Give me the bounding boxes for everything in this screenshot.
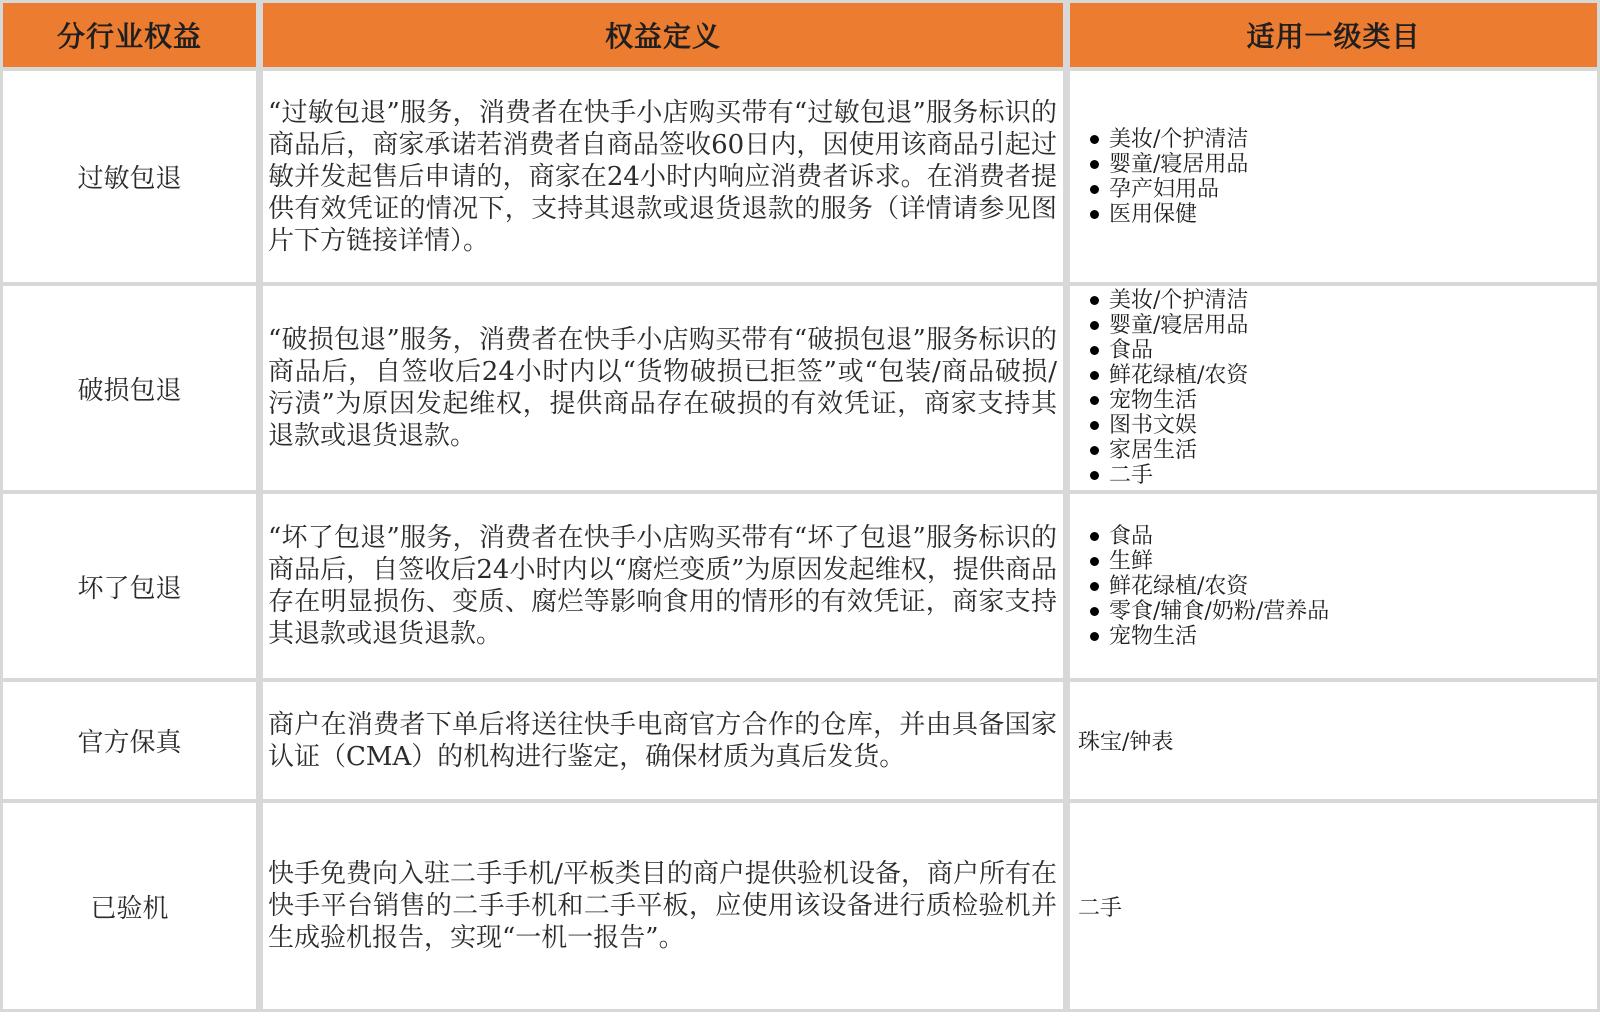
row-1-benefit-name: 过敏包退 <box>77 158 181 195</box>
header-label-applicable-categories: 适用一级类目 <box>1246 15 1420 55</box>
category-label: 家居生活 <box>1109 438 1197 463</box>
category-list-item: 宠物生活 <box>1090 624 1329 649</box>
row-4-benefit-name: 官方保真 <box>77 722 181 759</box>
category-list-item: 鲜花绿植/农资 <box>1090 363 1248 388</box>
row-4-definition-text: 商户在消费者下单后将送往快手电商官方合作的仓库，并由具备国家认证（CMA）的机构… <box>268 709 1057 773</box>
category-label: 珠宝/钟表 <box>1078 725 1173 756</box>
category-label: 美妆/个护清洁 <box>1109 288 1248 313</box>
category-list-item: 二手 <box>1090 463 1248 488</box>
row-3-benefit-name: 坏了包退 <box>77 568 181 605</box>
category-label: 鲜花绿植/农资 <box>1109 363 1248 388</box>
row-2-definition-cell: “破损包退”服务，消费者在快手小店购买带有“破损包退”服务标识的商品后，自签收后… <box>263 286 1063 490</box>
bullet-icon <box>1090 371 1099 380</box>
category-label: 美妆/个护清洁 <box>1109 127 1248 152</box>
category-list-item: 生鲜 <box>1090 549 1329 574</box>
category-label: 零食/辅食/奶粉/营养品 <box>1109 599 1329 624</box>
category-list-item: 食品 <box>1090 338 1248 363</box>
category-list-item: 图书文娱 <box>1090 413 1248 438</box>
category-list-item: 鲜花绿植/农资 <box>1090 574 1329 599</box>
row-2-benefit-name: 破损包退 <box>77 370 181 407</box>
row-2-benefit-name-cell: 破损包退 <box>3 286 256 490</box>
row-5-benefit-name-cell: 已验机 <box>3 803 256 1009</box>
header-cell-benefit-definition: 权益定义 <box>263 3 1063 67</box>
bullet-icon <box>1090 582 1099 591</box>
row-5-definition-cell: 快手免费向入驻二手手机/平板类目的商户提供验机设备，商户所有在快手平台销售的二手… <box>263 803 1063 1009</box>
header-cell-applicable-categories: 适用一级类目 <box>1070 3 1597 67</box>
row-5-categories-cell: 二手 <box>1070 803 1597 1009</box>
category-label: 二手 <box>1078 891 1122 922</box>
category-label: 二手 <box>1109 463 1153 488</box>
row-1-category-list: 美妆/个护清洁 婴童/寝居用品 孕产妇用品 医用保健 <box>1078 127 1248 227</box>
header-label-benefit-definition: 权益定义 <box>605 15 721 55</box>
industry-benefits-table: 分行业权益 权益定义 适用一级类目 过敏包退 “过敏包退”服务，消费者在快手小店… <box>0 0 1600 1012</box>
row-5-benefit-name: 已验机 <box>90 888 168 925</box>
row-2-definition-text: “破损包退”服务，消费者在快手小店购买带有“破损包退”服务标识的商品后，自签收后… <box>268 324 1057 452</box>
row-1-definition-cell: “过敏包退”服务，消费者在快手小店购买带有“过敏包退”服务标识的商品后，商家承诺… <box>263 71 1063 282</box>
row-4-definition-cell: 商户在消费者下单后将送往快手电商官方合作的仓库，并由具备国家认证（CMA）的机构… <box>263 682 1063 799</box>
row-1-categories-cell: 美妆/个护清洁 婴童/寝居用品 孕产妇用品 医用保健 <box>1070 71 1597 282</box>
row-2-category-list: 美妆/个护清洁 婴童/寝居用品 食品 鲜花绿植/农资 宠物生活 图书文娱 家居生… <box>1078 288 1248 488</box>
category-label: 婴童/寝居用品 <box>1109 152 1248 177</box>
bullet-icon <box>1090 632 1099 641</box>
row-1-benefit-name-cell: 过敏包退 <box>3 71 256 282</box>
bullet-icon <box>1090 346 1099 355</box>
category-label: 鲜花绿植/农资 <box>1109 574 1248 599</box>
row-5-definition-text: 快手免费向入驻二手手机/平板类目的商户提供验机设备，商户所有在快手平台销售的二手… <box>268 858 1057 954</box>
row-3-categories-cell: 食品 生鲜 鲜花绿植/农资 零食/辅食/奶粉/营养品 宠物生活 <box>1070 494 1597 678</box>
row-3-category-list: 食品 生鲜 鲜花绿植/农资 零食/辅食/奶粉/营养品 宠物生活 <box>1078 524 1329 649</box>
bullet-icon <box>1090 160 1099 169</box>
bullet-icon <box>1090 135 1099 144</box>
category-label: 医用保健 <box>1109 202 1197 227</box>
category-list-item: 家居生活 <box>1090 438 1248 463</box>
category-label: 食品 <box>1109 524 1153 549</box>
category-list-item: 美妆/个护清洁 <box>1090 288 1248 313</box>
category-list-item: 孕产妇用品 <box>1090 177 1248 202</box>
row-3-definition-text: “坏了包退”服务，消费者在快手小店购买带有“坏了包退”服务标识的商品后，自签收后… <box>268 522 1057 650</box>
category-label: 孕产妇用品 <box>1109 177 1219 202</box>
category-list-item: 食品 <box>1090 524 1329 549</box>
category-label: 婴童/寝居用品 <box>1109 313 1248 338</box>
bullet-icon <box>1090 210 1099 219</box>
header-cell-industry-benefit: 分行业权益 <box>3 3 256 67</box>
header-label-industry-benefit: 分行业权益 <box>57 15 202 55</box>
category-list-item: 美妆/个护清洁 <box>1090 127 1248 152</box>
row-3-definition-cell: “坏了包退”服务，消费者在快手小店购买带有“坏了包退”服务标识的商品后，自签收后… <box>263 494 1063 678</box>
category-label: 生鲜 <box>1109 549 1153 574</box>
bullet-icon <box>1090 607 1099 616</box>
category-list-item: 婴童/寝居用品 <box>1090 313 1248 338</box>
bullet-icon <box>1090 471 1099 480</box>
bullet-icon <box>1090 532 1099 541</box>
category-label: 宠物生活 <box>1109 388 1197 413</box>
bullet-icon <box>1090 185 1099 194</box>
row-2-categories-cell: 美妆/个护清洁 婴童/寝居用品 食品 鲜花绿植/农资 宠物生活 图书文娱 家居生… <box>1070 286 1597 490</box>
category-label: 食品 <box>1109 338 1153 363</box>
bullet-icon <box>1090 421 1099 430</box>
row-4-categories-cell: 珠宝/钟表 <box>1070 682 1597 799</box>
bullet-icon <box>1090 396 1099 405</box>
category-list-item: 婴童/寝居用品 <box>1090 152 1248 177</box>
bullet-icon <box>1090 321 1099 330</box>
category-list-item: 零食/辅食/奶粉/营养品 <box>1090 599 1329 624</box>
row-1-definition-text: “过敏包退”服务，消费者在快手小店购买带有“过敏包退”服务标识的商品后，商家承诺… <box>268 97 1057 257</box>
bullet-icon <box>1090 296 1099 305</box>
category-list-item: 宠物生活 <box>1090 388 1248 413</box>
row-4-benefit-name-cell: 官方保真 <box>3 682 256 799</box>
category-label: 宠物生活 <box>1109 624 1197 649</box>
bullet-icon <box>1090 557 1099 566</box>
row-3-benefit-name-cell: 坏了包退 <box>3 494 256 678</box>
category-list-item: 医用保健 <box>1090 202 1248 227</box>
bullet-icon <box>1090 446 1099 455</box>
category-label: 图书文娱 <box>1109 413 1197 438</box>
benefits-policy-page: 分行业权益 权益定义 适用一级类目 过敏包退 “过敏包退”服务，消费者在快手小店… <box>0 0 1600 1018</box>
